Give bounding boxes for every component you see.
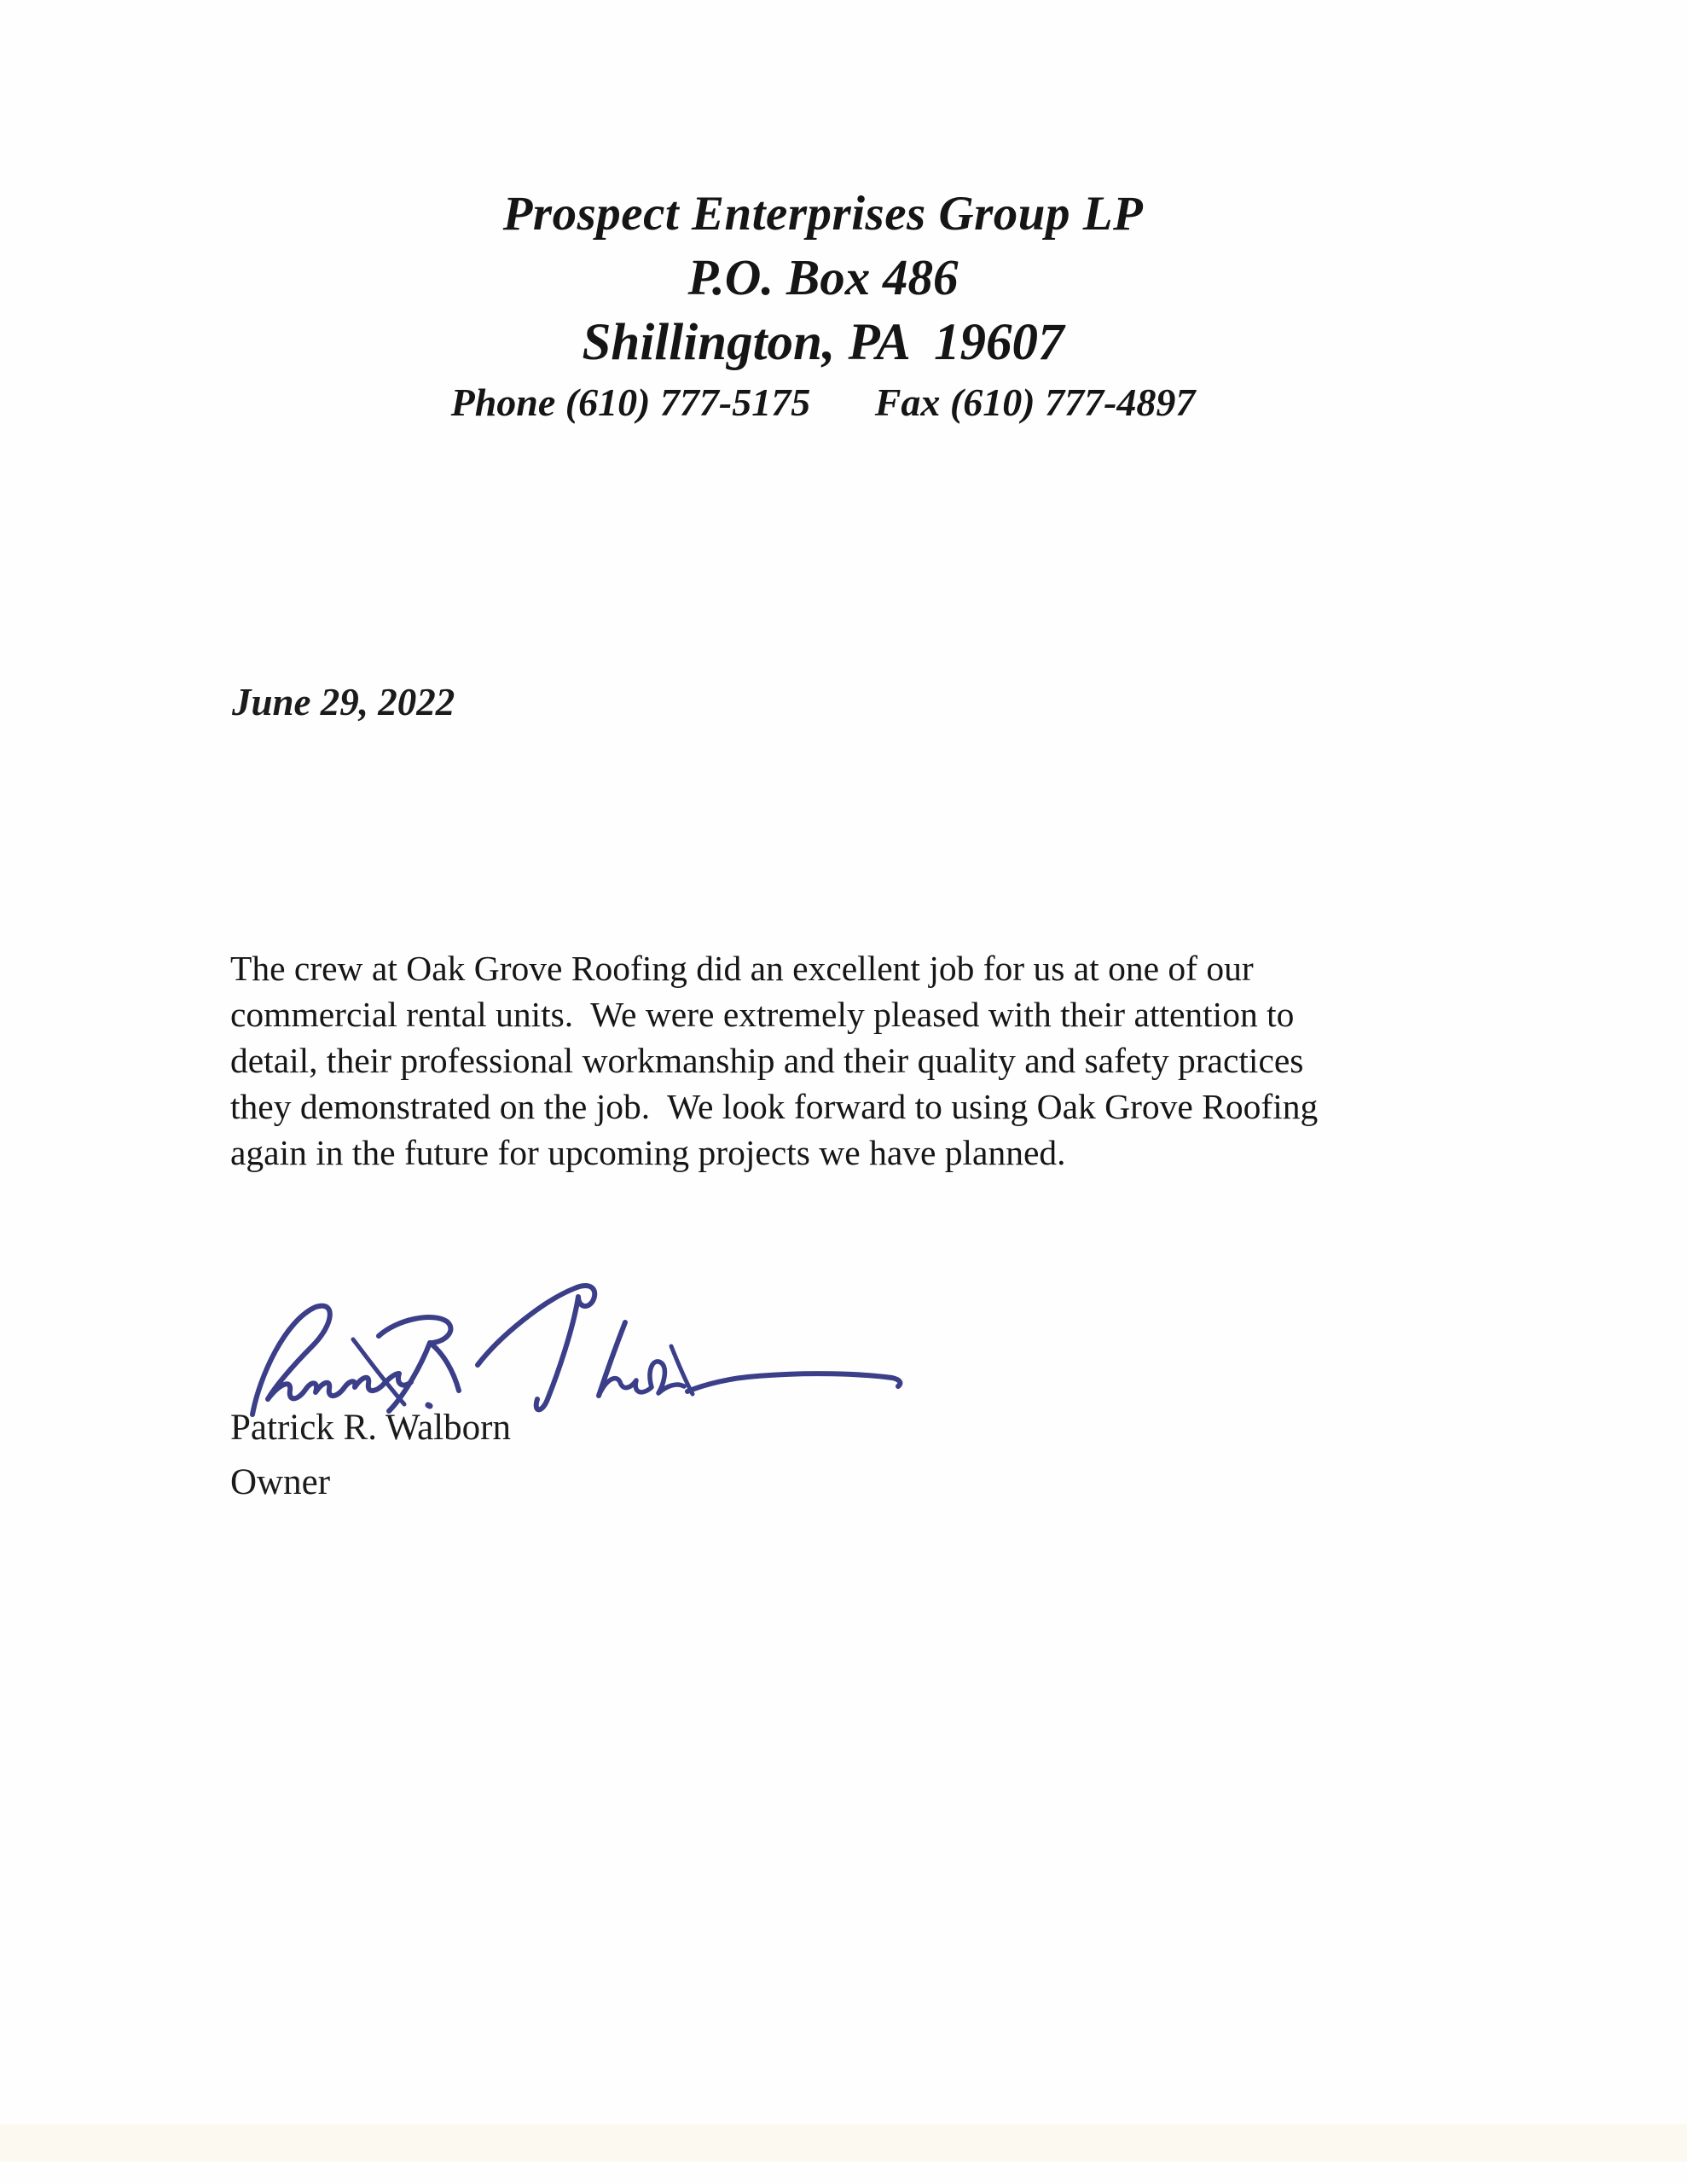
date-line: June 29, 2022 — [232, 680, 455, 724]
signer-name: Patrick R. Walborn — [230, 1404, 511, 1452]
letterhead: Prospect Enterprises Group LP P.O. Box 4… — [0, 183, 1646, 427]
fax-number: Fax (610) 777-4897 — [875, 380, 1196, 424]
po-box-line: P.O. Box 486 — [0, 246, 1646, 309]
body-line: detail, their professional workmanship a… — [230, 1037, 1318, 1083]
letter-page: Prospect Enterprises Group LP P.O. Box 4… — [0, 0, 1687, 2184]
company-name: Prospect Enterprises Group LP — [0, 183, 1646, 246]
contact-line: Phone (610) 777-5175 Fax (610) 777-4897 — [0, 379, 1646, 427]
body-line: they demonstrated on the job. We look fo… — [230, 1083, 1318, 1130]
body-line: again in the future for upcoming project… — [230, 1130, 1318, 1176]
signer-title: Owner — [230, 1459, 330, 1507]
phone-number: Phone (610) 777-5175 — [451, 380, 811, 424]
body-line: The crew at Oak Grove Roofing did an exc… — [230, 945, 1318, 991]
letter-body: The crew at Oak Grove Roofing did an exc… — [230, 945, 1318, 1176]
body-line: commercial rental units. We were extreme… — [230, 991, 1318, 1037]
scan-artifact-band — [0, 2124, 1687, 2162]
city-state-zip-line: Shillington, PA 19607 — [0, 309, 1646, 377]
